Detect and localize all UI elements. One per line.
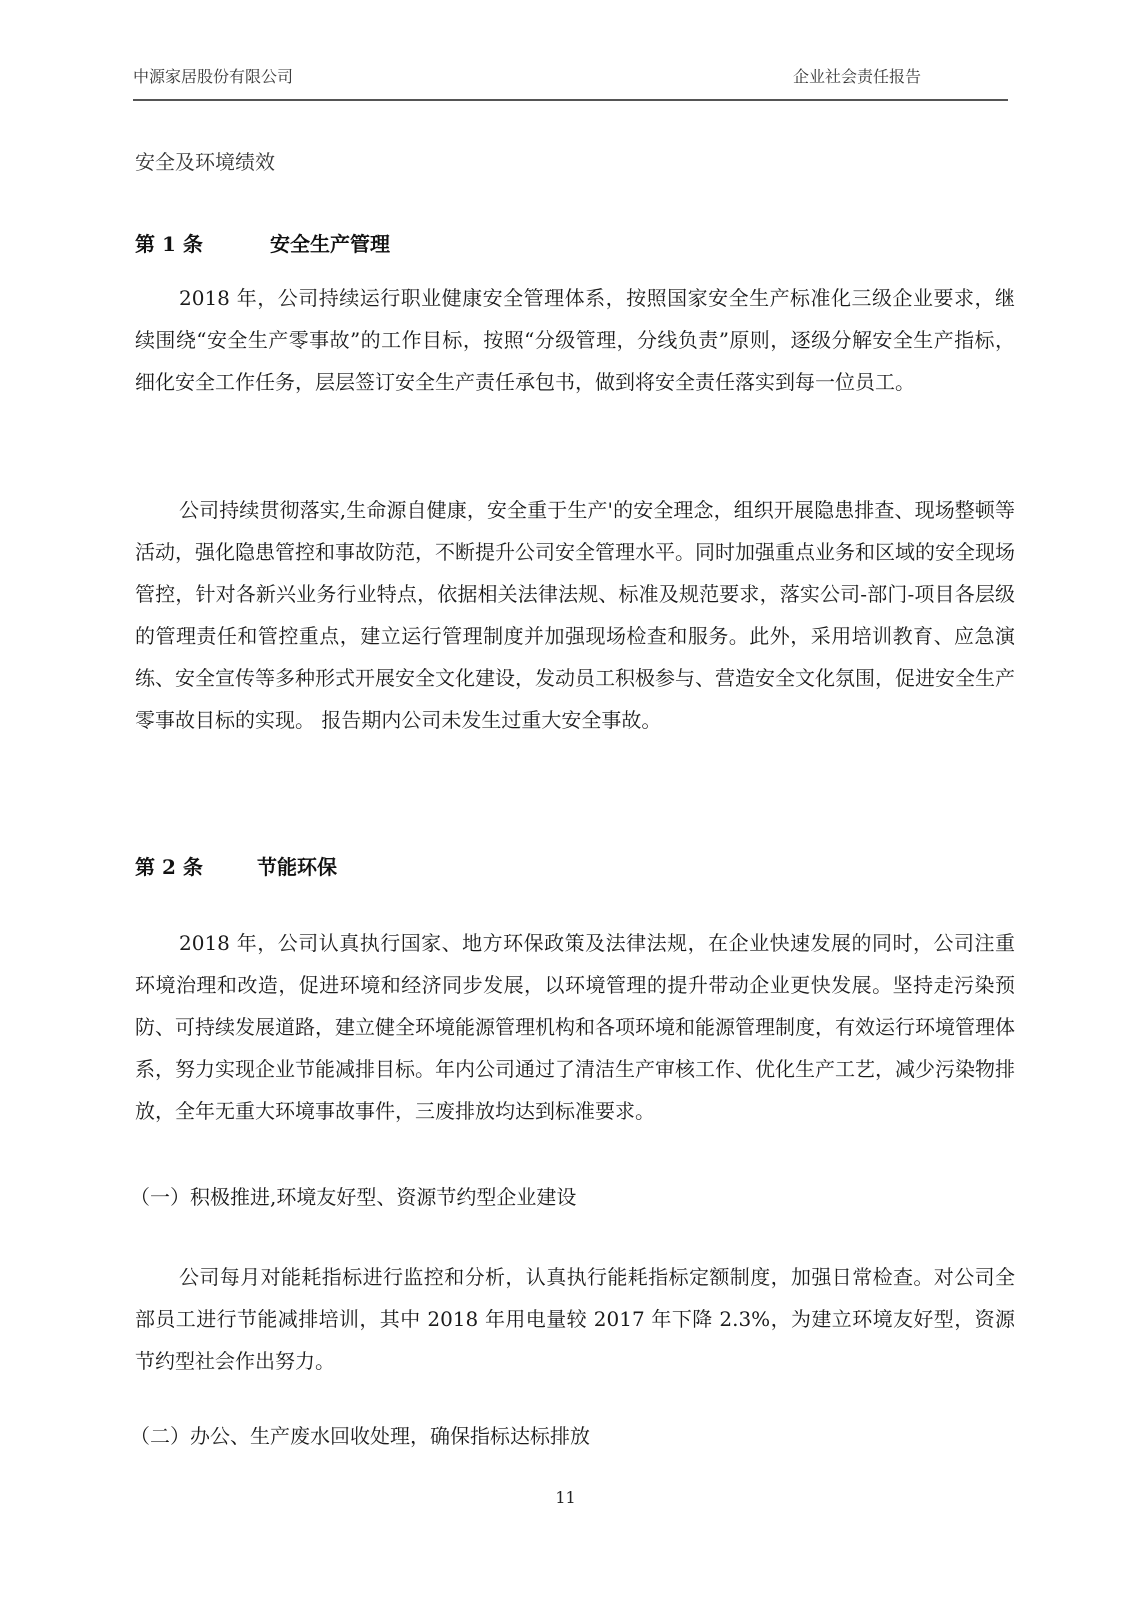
article-1-paragraph-2: 公司持续贯彻落实,生命源自健康，安全重于生产'的安全理念，组织开展隐患排查、现场… <box>135 489 1015 741</box>
subsection-1-heading: （一）积极推进,环境友好型、资源节约型企业建设 <box>130 1181 576 1210</box>
section-title: 安全及环境绩效 <box>135 146 275 175</box>
header-report-title: 企业社会责任报告 <box>793 64 921 87</box>
page-number: 11 <box>0 1488 1131 1507</box>
subsection-1-paragraph: 公司每月对能耗指标进行监控和分析，认真执行能耗指标定额制度，加强日常检查。对公司… <box>135 1256 1015 1382</box>
article-1-heading: 第 1 条安全生产管理 <box>135 228 390 257</box>
subsection-2-heading: （二）办公、生产废水回收处理，确保指标达标排放 <box>130 1420 590 1449</box>
article-2-paragraph-1: 2018 年，公司认真执行国家、地方环保政策及法律法规，在企业快速发展的同时，公… <box>135 922 1015 1132</box>
article-2-heading: 第 2 条节能环保 <box>135 851 337 880</box>
article-1-title: 安全生产管理 <box>270 232 390 256</box>
header-divider <box>133 99 1008 101</box>
article-2-number: 第 2 条 <box>135 851 257 880</box>
header-company-name: 中源家居股份有限公司 <box>133 64 293 87</box>
article-1-paragraph-1: 2018 年，公司持续运行职业健康安全管理体系，按照国家安全生产标准化三级企业要… <box>135 277 1015 403</box>
article-1-number: 第 1 条 <box>135 228 270 257</box>
article-2-title: 节能环保 <box>257 855 337 879</box>
page-header: 中源家居股份有限公司 企业社会责任报告 <box>133 62 1008 102</box>
